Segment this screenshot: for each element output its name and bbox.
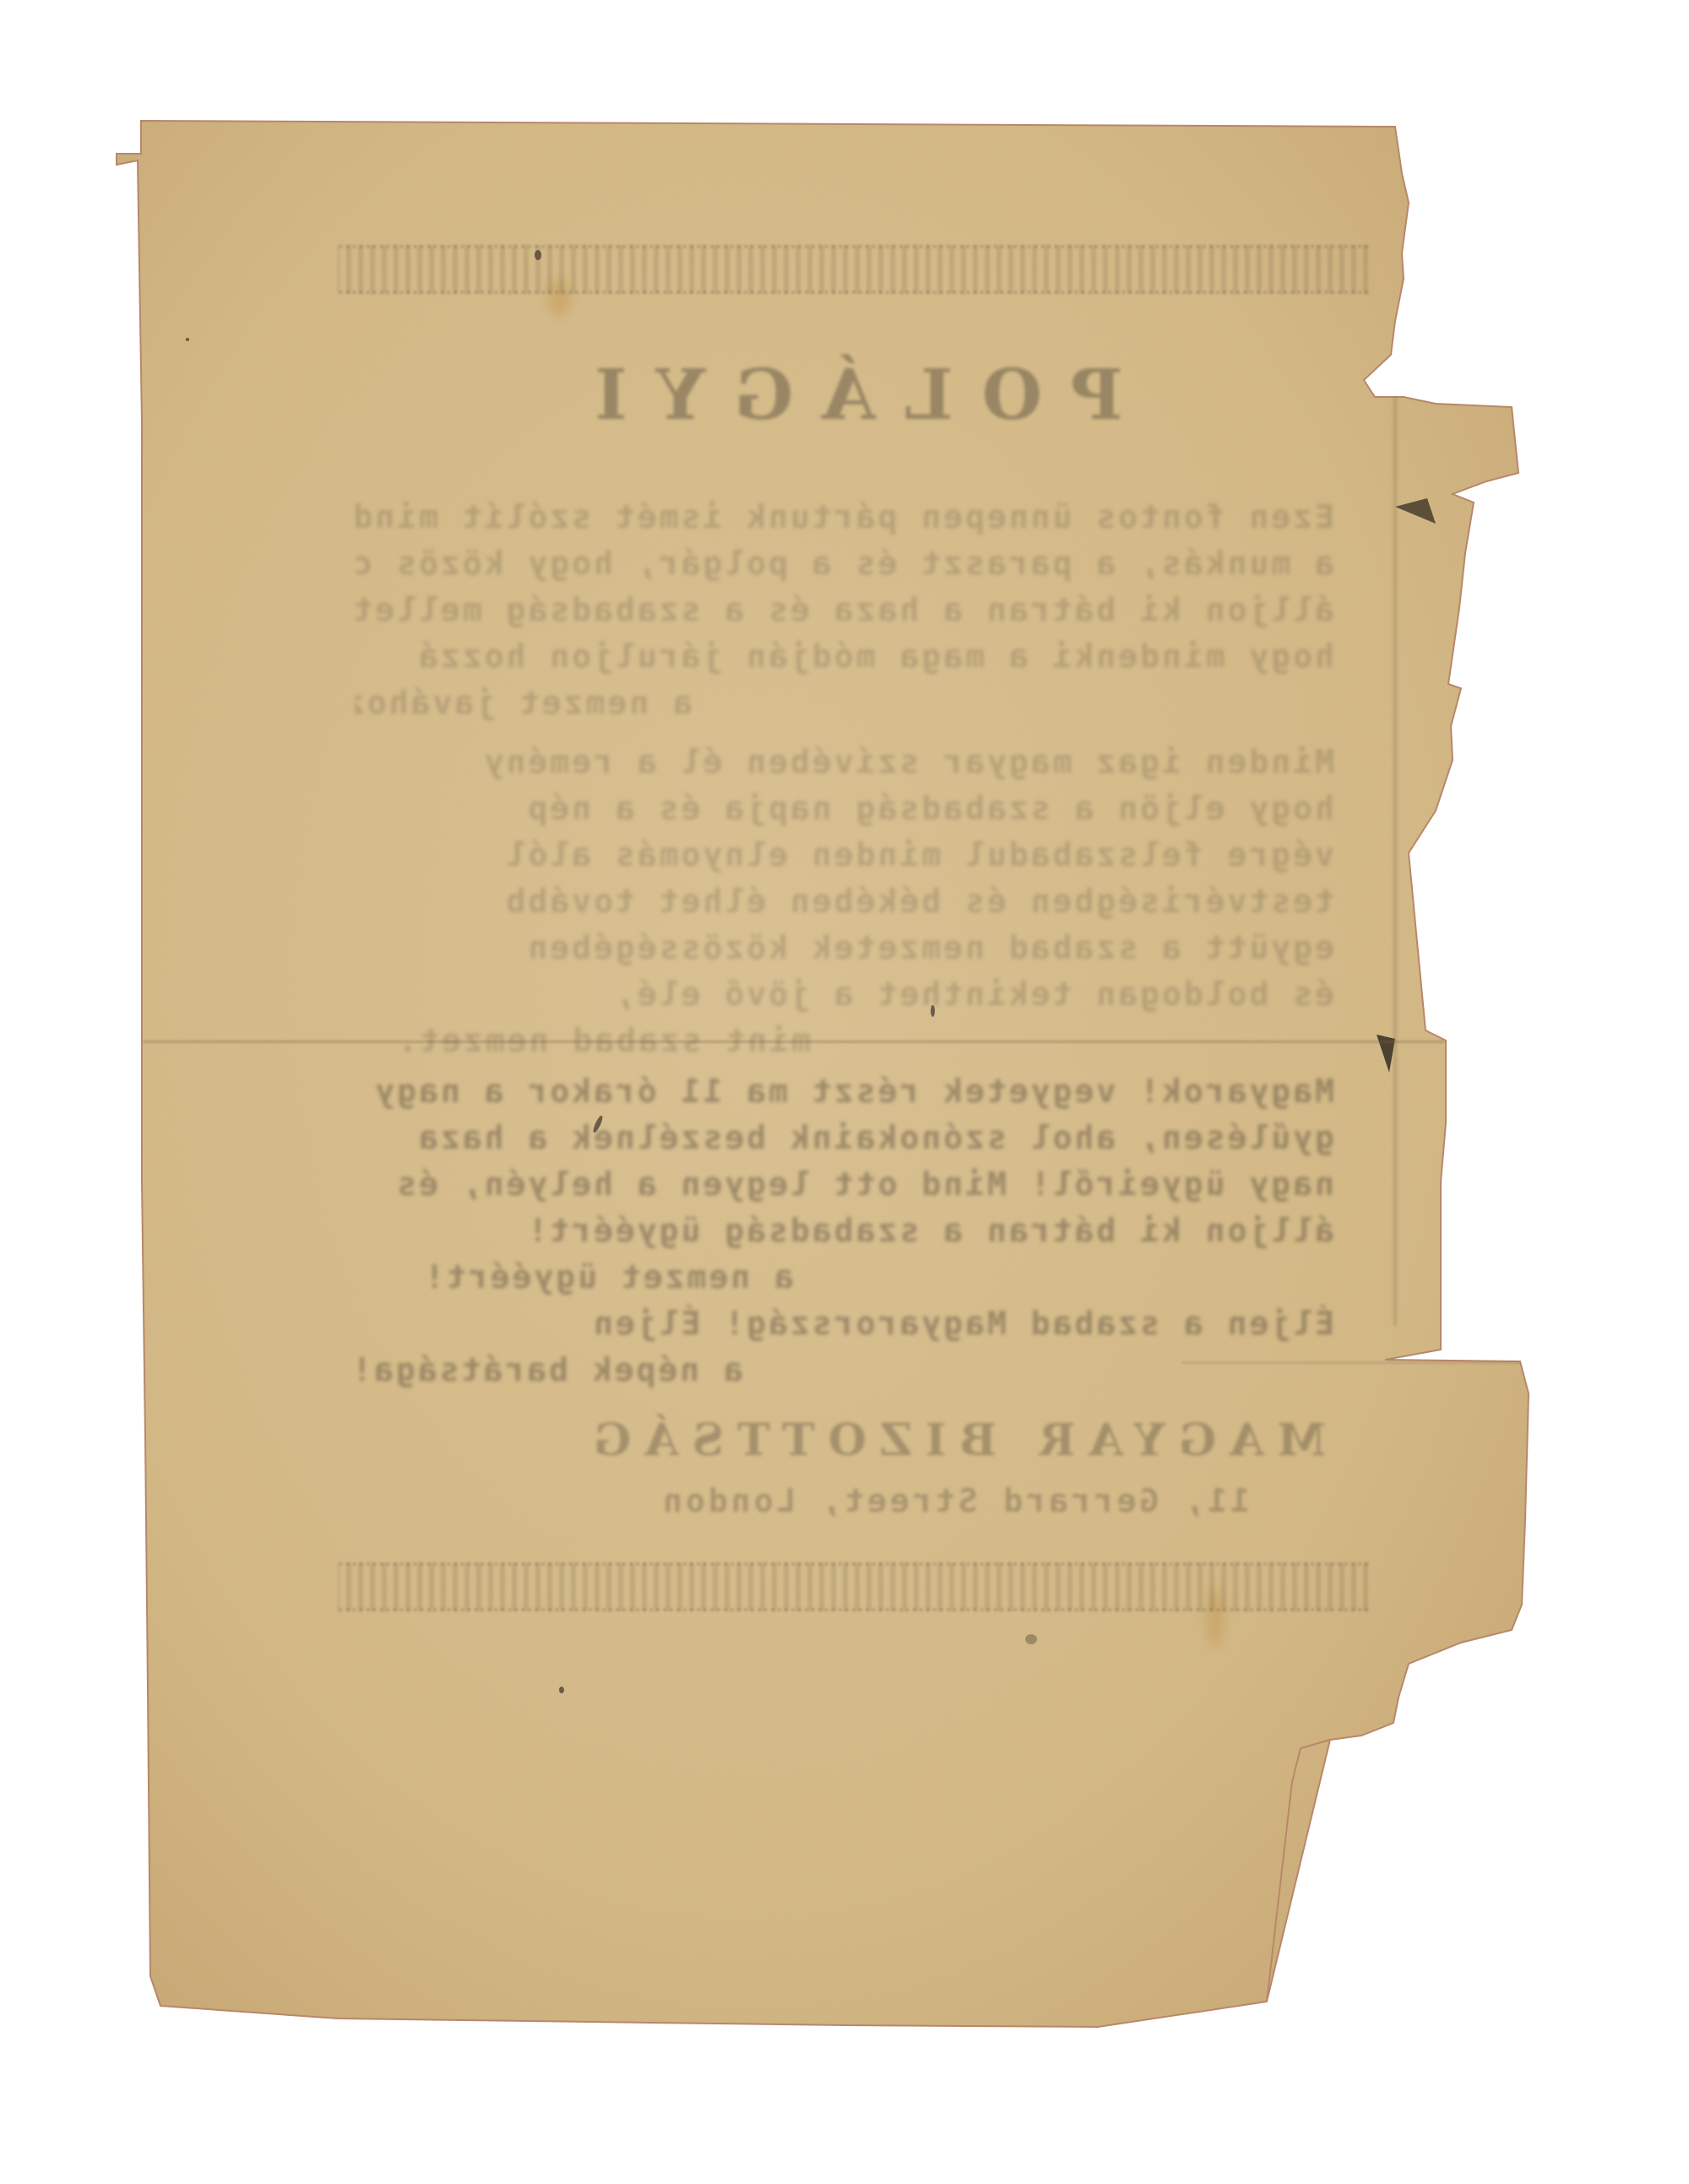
horizontal-fold: [144, 1040, 1444, 1043]
stain: [1206, 1588, 1225, 1647]
speck: [186, 338, 189, 341]
tear-crease: [1182, 1361, 1520, 1364]
speck: [931, 1005, 935, 1017]
speck: [559, 1687, 564, 1693]
stain: [547, 279, 571, 316]
scanned-document: POLÁGYI Ezen fontos ünnepen pártunk ismé…: [0, 0, 1689, 2184]
paper-sheet: [0, 0, 1689, 2184]
speck: [535, 250, 541, 260]
vertical-crease: [1393, 397, 1397, 1326]
speck: [1025, 1634, 1037, 1644]
